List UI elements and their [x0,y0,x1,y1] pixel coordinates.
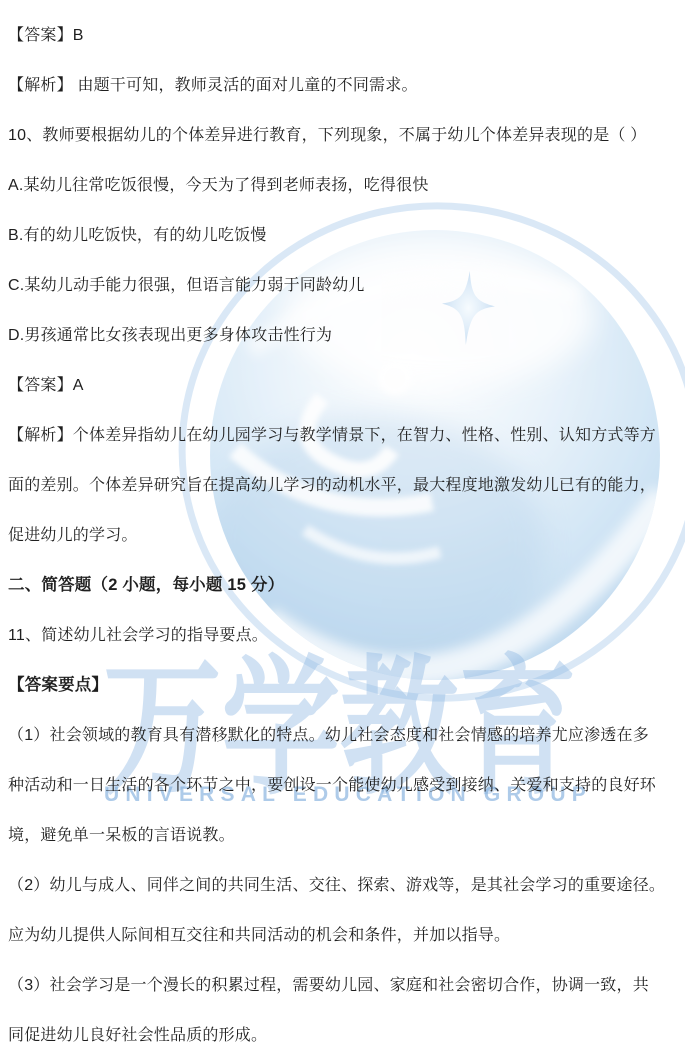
text-line: 【答案】B [8,8,677,58]
text-line: 【解析】 由题干可知，教师灵活的面对儿童的不同需求。 [8,58,677,108]
text-line: 境，避免单一呆板的言语说教。 [8,808,677,858]
text-line: 【答案】A [8,358,677,408]
text-line: B.有的幼儿吃饭快，有的幼儿吃饭慢 [8,208,677,258]
text-line: A.某幼儿往常吃饭很慢，今天为了得到老师表扬，吃得很快 [8,158,677,208]
text-line: 种活动和一日生活的各个环节之中，要创设一个能使幼儿感受到接纳、关爱和支持的良好环 [8,758,677,808]
text-line: 促进幼儿的学习。 [8,508,677,558]
text-line: 应为幼儿提供人际间相互交往和共同活动的机会和条件，并加以指导。 [8,908,677,958]
text-line: 面的差别。个体差异研究旨在提高幼儿学习的动机水平，最大程度地激发幼儿已有的能力， [8,458,677,508]
text-line: （2）幼儿与成人、同伴之间的共同生活、交往、探索、游戏等，是其社会学习的重要途径… [8,858,677,908]
text-line: 【解析】个体差异指幼儿在幼儿园学习与教学情景下，在智力、性格、性别、认知方式等方 [8,408,677,458]
text-line: （3）社会学习是一个漫长的积累过程，需要幼儿园、家庭和社会密切合作，协调一致，共 [8,958,677,1008]
text-line: D.男孩通常比女孩表现出更多身体攻击性行为 [8,308,677,358]
text-line: （1）社会领域的教育具有潜移默化的特点。幼儿社会态度和社会情感的培养尤应渗透在多 [8,708,677,758]
text-line: 10、教师要根据幼儿的个体差异进行教育，下列现象，不属于幼儿个体差异表现的是（ … [8,108,677,158]
text-line: 11、简述幼儿社会学习的指导要点。 [8,608,677,658]
text-line: 【答案要点】 [8,658,677,708]
document-lines: 【答案】B【解析】 由题干可知，教师灵活的面对儿童的不同需求。10、教师要根据幼… [0,0,685,1057]
text-line: 二、简答题（2 小题，每小题 15 分） [8,558,677,608]
text-line: 同促进幼儿良好社会性品质的形成。 [8,1008,677,1057]
text-line: C.某幼儿动手能力很强，但语言能力弱于同龄幼儿 [8,258,677,308]
